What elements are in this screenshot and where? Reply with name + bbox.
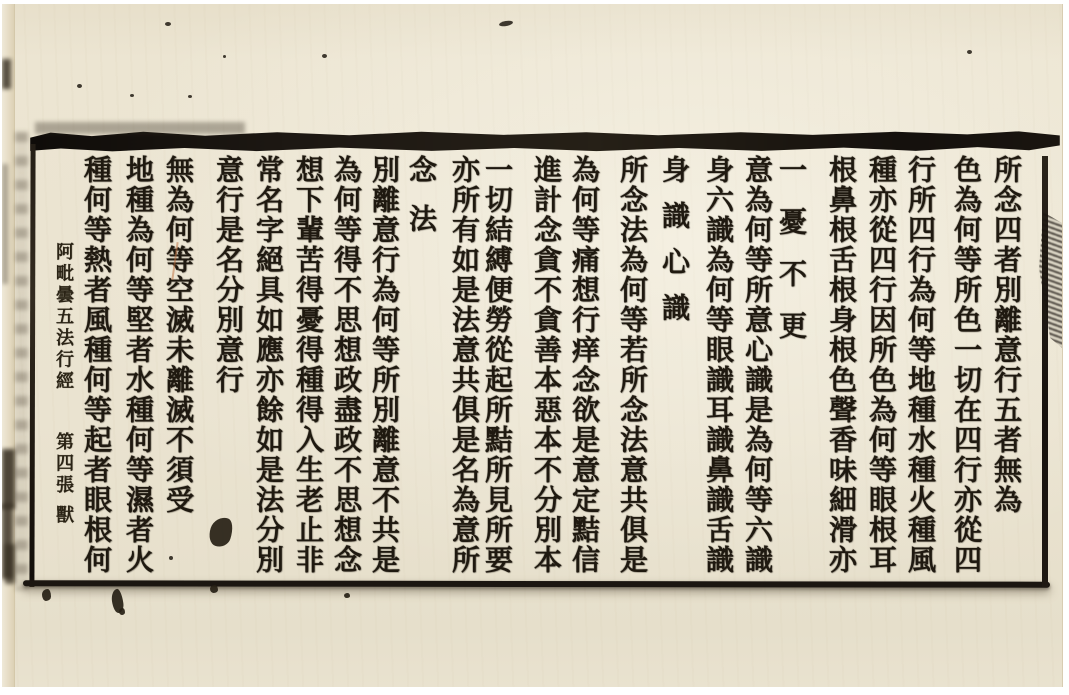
text-column: 所念法為何等若所念法意共俱是 <box>612 155 652 575</box>
text-column: 地種為何等堅者水種何等濕者火 <box>118 155 158 575</box>
text-column: 身識心識 <box>654 155 694 339</box>
text-column: 色為何等所色一切在四行亦從四 <box>946 155 986 575</box>
text-column: 進計念貪不貪善本惡本不分別本 <box>526 155 566 575</box>
printed-frame-bottom <box>23 580 1050 587</box>
edge-smudge <box>2 449 15 509</box>
text-column: 念法 <box>401 155 441 253</box>
edge-smudge <box>2 164 8 284</box>
text-column: 無為何等空滅未離滅不須受 <box>158 155 198 515</box>
text-column: 種何等熱者風種何等起者眼根何 <box>76 155 116 575</box>
printed-frame-left <box>29 144 35 587</box>
ink-speck <box>967 50 972 54</box>
text-column: 意行是名分別意行 <box>208 155 248 395</box>
ink-blotch <box>210 585 218 593</box>
text-column: 為何等得不思想政盡政不思想念 <box>326 155 366 575</box>
scanned-document: 所念四者別離意行五者無為 色為何等所色一切在四行亦從四 行所四行為何等地種水種火… <box>0 0 1069 695</box>
ink-blotch <box>344 593 350 598</box>
ink-blotch <box>206 514 236 549</box>
text-column: 根鼻根舌根身根色聲香味細滑亦 <box>821 155 861 575</box>
ink-speck <box>169 556 173 560</box>
text-column: 想下輩苦得憂得種得入生老止非 <box>288 155 328 575</box>
scan-paper: 所念四者別離意行五者無為 色為何等所色一切在四行亦從四 行所四行為何等地種水種火… <box>2 4 1063 687</box>
text-column: 意為何等所意心識是為何等六識 <box>737 155 777 575</box>
text-column: 行所四行為何等地種水種火種風 <box>900 155 940 575</box>
text-column: 種亦從四行因所色為何等眼根耳 <box>861 155 901 575</box>
text-column: 常名字絕具如應亦餘如是法分別 <box>248 155 288 575</box>
ink-speck <box>130 94 134 97</box>
ink-speck <box>499 20 514 27</box>
ink-speck <box>223 55 226 58</box>
ink-speck <box>322 54 327 58</box>
page-binding-edge <box>2 4 15 687</box>
edge-smudge <box>35 122 245 134</box>
text-column: 所念四者別離意行五者無為 <box>986 155 1026 515</box>
ink-speck <box>188 95 192 98</box>
colophon-title: 阿毗曇五法行經 <box>50 242 76 393</box>
sheet-number: 第四張 <box>50 432 76 497</box>
text-column: 別離意行為何等所別離意不共是 <box>364 155 404 575</box>
text-column: 身六識為何等眼識耳識鼻識舌識 <box>698 155 738 575</box>
text-column: 一憂不更 <box>771 155 811 363</box>
show-through-band <box>15 132 28 590</box>
edge-smudge <box>5 544 15 584</box>
ink-blotch <box>119 608 125 615</box>
text-column: 為何等痛想行痒念欲是意定黠信 <box>564 155 604 575</box>
ink-blotch <box>42 589 51 601</box>
edge-smudge <box>2 59 11 89</box>
ink-speck <box>77 84 82 88</box>
text-column: 亦所有如是法意共俱是名為意所 <box>444 155 484 575</box>
tally-mark: 獸 <box>50 505 76 527</box>
ink-speck <box>165 22 171 26</box>
